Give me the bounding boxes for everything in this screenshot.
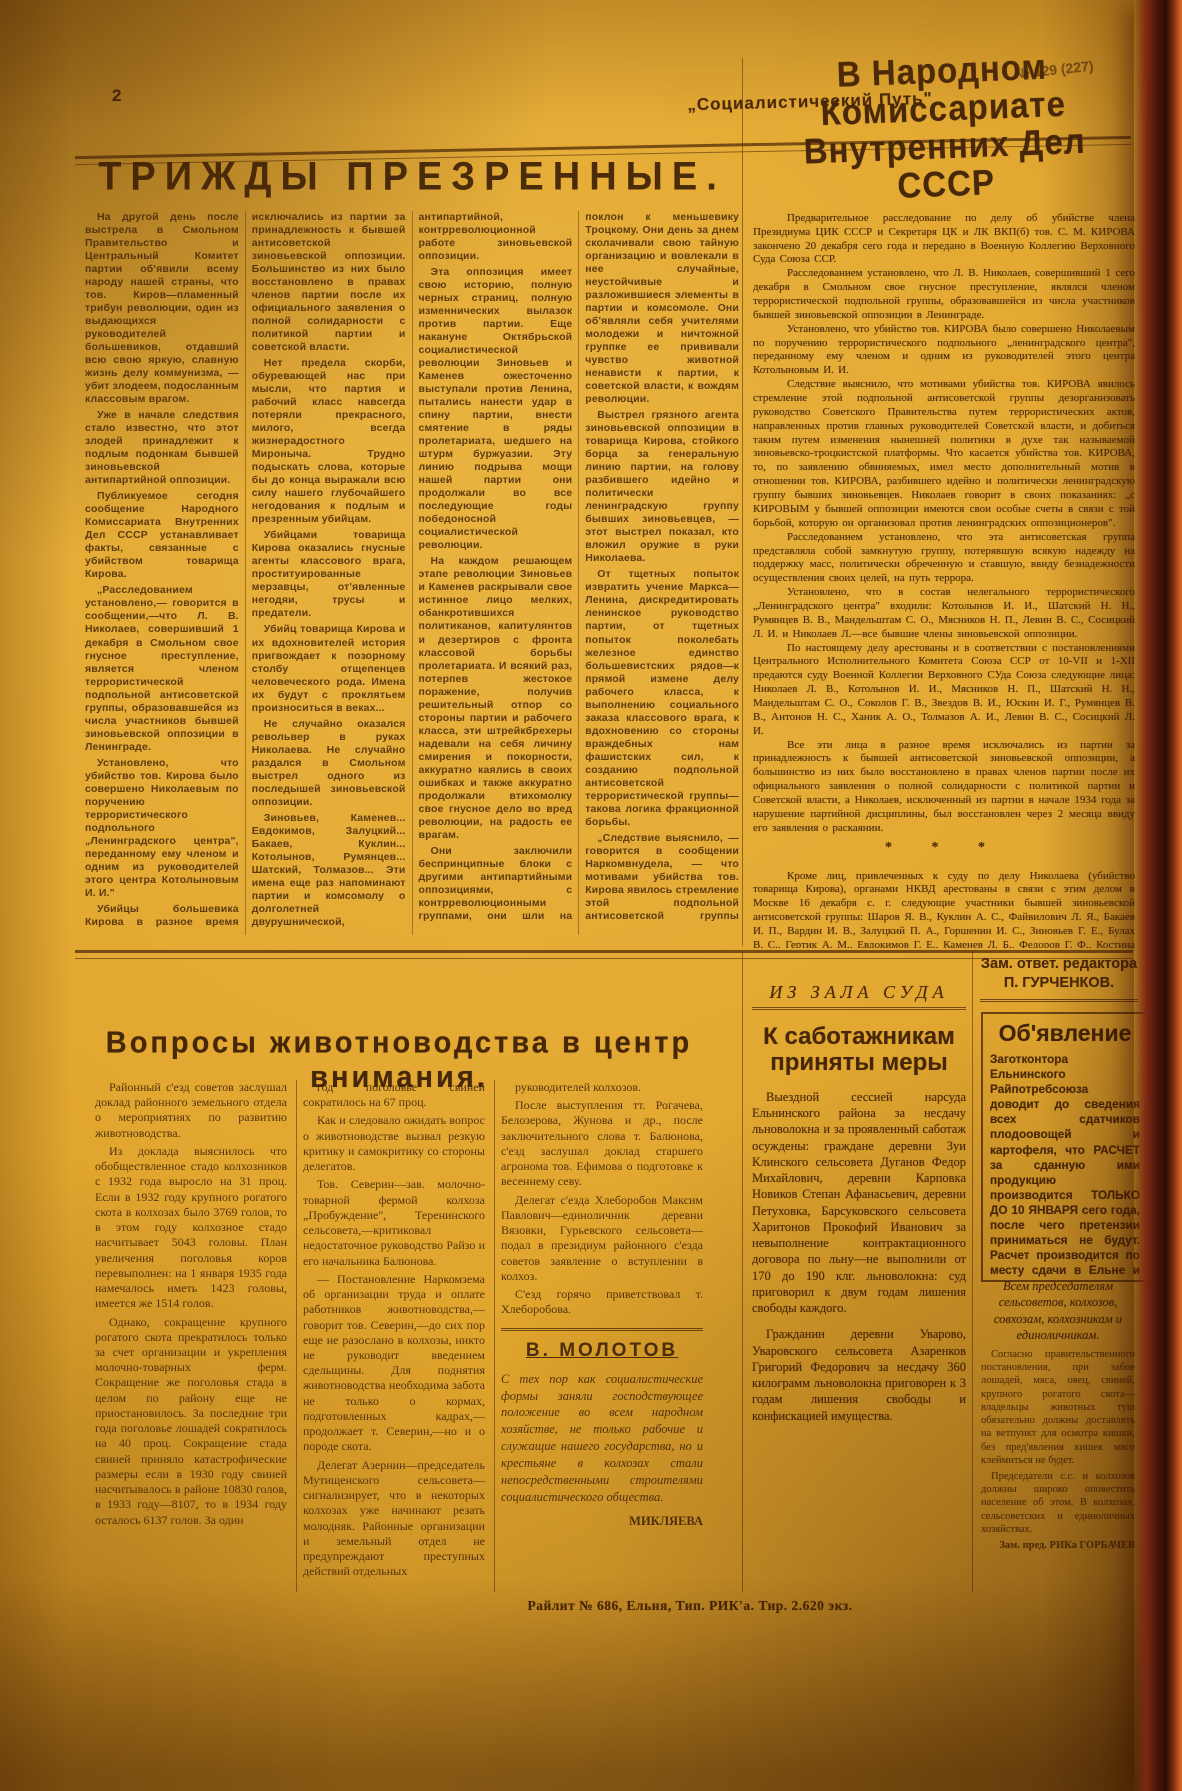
paragraph: Районный с'езд советов заслушал доклад р…: [95, 1080, 287, 1141]
molotov-quote-text: С тех пор как социалистические формы зан…: [501, 1371, 703, 1506]
livestock-author-signature: МИКЛЯЕВА: [501, 1514, 703, 1530]
nkvd-body-bottom: Кроме лиц, привлеченных к суду по делу Н…: [753, 870, 1135, 948]
nkvd-article: В Народном Комиссариате Внутренних Дел С…: [753, 54, 1135, 948]
paragraph: На другой день после выстрела в Смольном…: [85, 211, 239, 406]
paragraph: Следствие выяснило, что мотивами убийств…: [753, 378, 1135, 530]
paragraph: Делегат Азернин—председатель Мутищенског…: [303, 1458, 485, 1580]
paragraph: Выездной сессией нарсуда Ельнинского рай…: [752, 1089, 966, 1317]
editor-credit-line2: П. ГУРЧЕНКОВ.: [980, 974, 1138, 993]
paragraph: Тов. Северин—зав. молочно-товарной фермо…: [303, 1177, 485, 1268]
paragraph: Кроме лиц, привлеченных к суду по делу Н…: [753, 870, 1135, 948]
nkvd-body-top: Предварительное расследование по делу об…: [753, 212, 1135, 836]
paragraph: Эта оппозиция имеет свою историю, полную…: [419, 266, 573, 552]
paragraph: Делегат с'езда Хлеборобов Максим Павлови…: [501, 1193, 703, 1284]
column-rule-vertical: [742, 952, 743, 1592]
announcement-title: Об'явление: [990, 1020, 1140, 1047]
livestock-col3: руководителей колхозов.После выступления…: [501, 1080, 703, 1592]
paragraph: Установлено, что убийство тов. Кирова бы…: [85, 757, 239, 900]
molotov-quote-block: В. МОЛОТОВ С тех пор как социалистически…: [501, 1328, 703, 1506]
paragraph: Уже в начале следствия стало известно, ч…: [85, 409, 239, 487]
paragraph: После выступления тт. Рогачева, Белозеро…: [501, 1098, 703, 1189]
paragraph: Все эти лица в разное время исключались …: [753, 739, 1135, 836]
paragraph: Убийцами товарища Кирова оказались гнусн…: [252, 529, 406, 620]
editor-credit-line1: Зам. ответ. редактора: [980, 955, 1138, 974]
paragraph: Предварительное расследование по делу об…: [753, 212, 1135, 267]
nkvd-headline: В Народном Комиссариате Внутренних Дел С…: [753, 54, 1135, 211]
paragraph: Публикуемое сегодня сообщение Народного …: [85, 490, 239, 581]
paragraph: Установлено, что в состав нелегального т…: [753, 586, 1135, 641]
paragraph: руководителей колхозов.: [501, 1080, 703, 1095]
paragraph: — Постановление Наркомзема об организаци…: [303, 1272, 485, 1455]
column-rule-vertical: [296, 1080, 297, 1592]
nkvd-headline-line2: Внутренних Дел СССР: [753, 121, 1135, 211]
editorial-headline: ТРИЖДЫ ПРЕЗРЕННЫЕ.: [85, 155, 739, 200]
notice-body: Согласно правительственного постановлени…: [981, 1348, 1135, 1536]
notice-signature: Зам. пред. РИКа ГОРБАЧЕВ: [981, 1540, 1135, 1551]
paragraph: Не случайно оказался револьвер в руках Н…: [252, 718, 406, 809]
paragraph: С'езд горячо приветствовал т. Хлеборобов…: [501, 1287, 703, 1317]
court-headline: К саботажникам приняты меры: [752, 1024, 966, 1077]
paragraph: год поголовье свиней сократилось на 67 п…: [303, 1080, 485, 1110]
book-spine-shadow: [1134, 0, 1182, 1791]
newspaper-page: 2 „Социалистический Путь" № 129 (227) ТР…: [0, 0, 1182, 1791]
paragraph: На каждом решающем этапе революции Зинов…: [419, 555, 573, 841]
paragraph: Гражданин деревни Уварово, Уваровского с…: [752, 1326, 966, 1424]
court-kicker: ИЗ ЗАЛА СУДА: [752, 982, 966, 1010]
announcement-body: Заготконтора Ельнинского Райпотребсоюза …: [990, 1052, 1140, 1282]
paragraph: Председатели с.с. и колхозов должны широ…: [981, 1470, 1135, 1536]
livestock-col2: год поголовье свиней сократилось на 67 п…: [303, 1080, 485, 1592]
veterinary-notice: Всем председателям сельсоветов, колхозов…: [981, 1278, 1135, 1578]
column-rule-vertical: [972, 952, 973, 1592]
paragraph: Выстрел грязного агента зиновьевской опп…: [585, 409, 739, 565]
editorial-columns: На другой день после выстрела в Смольном…: [85, 211, 739, 935]
paragraph: Как и следовало ожидать вопрос о животно…: [303, 1113, 485, 1174]
paragraph: Расследованием установлено, что эта анти…: [753, 531, 1135, 586]
editorial-article: ТРИЖДЫ ПРЕЗРЕННЫЕ. На другой день после …: [85, 156, 739, 948]
paragraph: По настоящему делу арестованы и в соотве…: [753, 642, 1135, 739]
section-separator-stars: * * *: [753, 840, 1135, 856]
paragraph: Установлено, что убийство тов. КИРОВА бы…: [753, 323, 1135, 378]
paragraph: Согласно правительственного постановлени…: [981, 1348, 1135, 1467]
editor-credit-box: Зам. ответ. редактора П. ГУРЧЕНКОВ.: [980, 950, 1138, 1002]
molotov-heading: В. МОЛОТОВ: [501, 1339, 703, 1363]
paragraph: Расследованием установлено, что Л. В. Ни…: [753, 267, 1135, 322]
court-body: Выездной сессией нарсуда Ельнинского рай…: [752, 1089, 966, 1424]
page-number: 2: [112, 86, 121, 106]
paragraph: Нет предела скорби, обуревающей нас при …: [252, 357, 406, 526]
notice-heading: Всем председателям сельсоветов, колхозов…: [981, 1278, 1135, 1343]
column-rule-vertical: [494, 1080, 495, 1592]
paragraph: „Расследованием установлено,— говорится …: [85, 584, 239, 753]
imprint-line: Райлит № 686, Ельня, Тип. РИК'а. Тир. 2.…: [370, 1598, 1010, 1614]
paragraph: Однако, сокращение крупного рогатого ско…: [95, 1315, 287, 1528]
editorial-body: На другой день после выстрела в Смольном…: [85, 211, 739, 935]
paragraph: Из доклада выяснилось что обобществленно…: [95, 1144, 287, 1312]
announcement-box: Об'явление Заготконтора Ельнинского Райп…: [981, 1012, 1149, 1282]
court-article: ИЗ ЗАЛА СУДА К саботажникам приняты меры…: [752, 982, 966, 1592]
column-rule-vertical: [742, 58, 743, 946]
livestock-col1: Районный с'езд советов заслушал доклад р…: [95, 1080, 287, 1592]
paragraph: Убийц товарища Кирова и их вдохновителей…: [252, 623, 406, 714]
paragraph: От тщетных попыток извратить учение Марк…: [585, 568, 739, 828]
section-divider-rule: [75, 950, 1133, 959]
livestock-col3-body: руководителей колхозов.После выступления…: [501, 1080, 703, 1318]
